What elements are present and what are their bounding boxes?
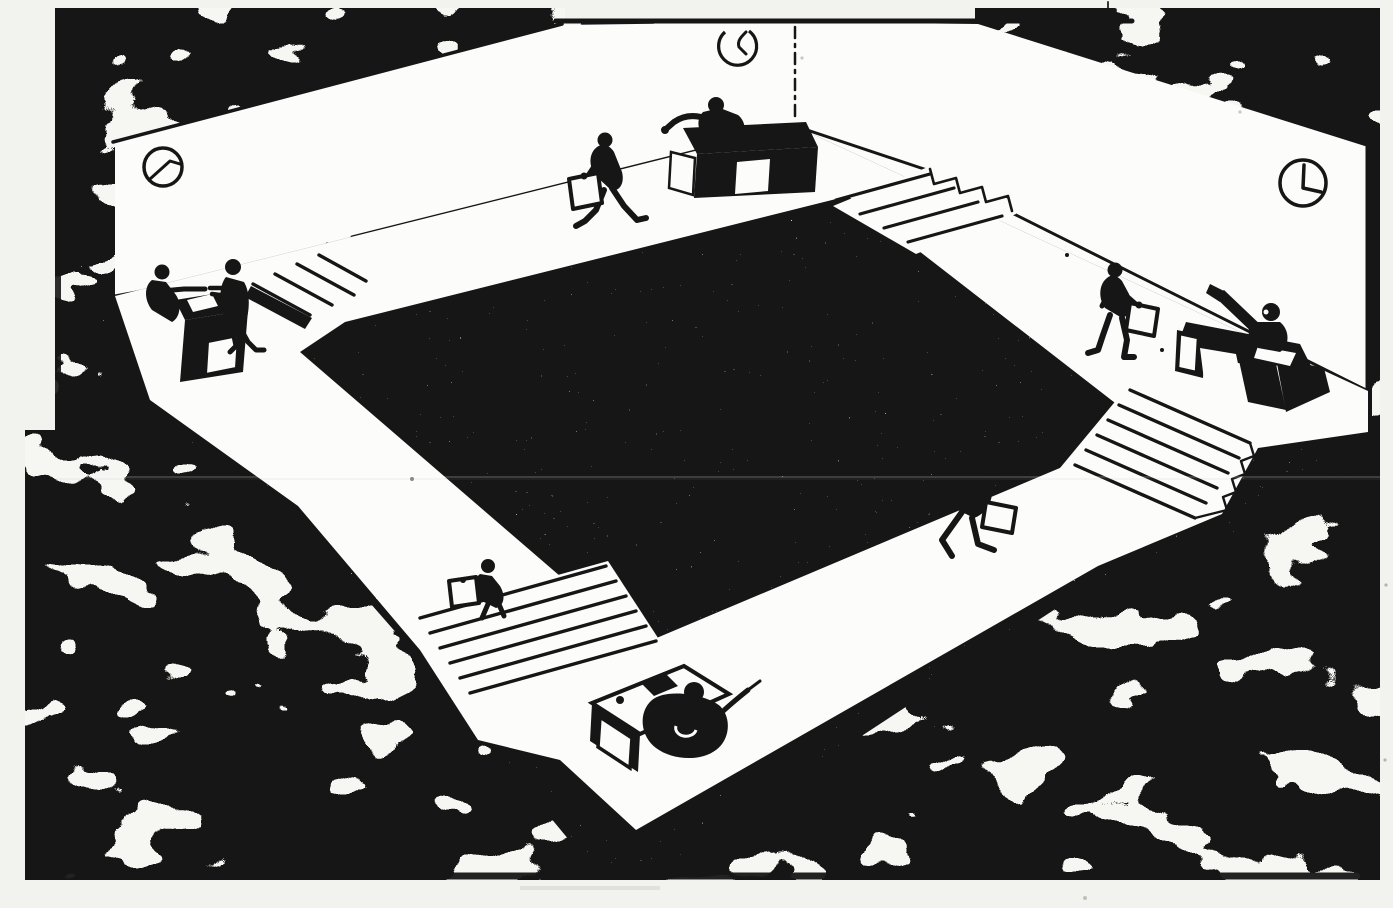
desk-pedestal-white-face <box>669 152 695 195</box>
clerk-hand <box>661 126 669 134</box>
visitor-head <box>225 259 241 275</box>
briefcase-handle <box>581 173 588 180</box>
ink-dot-1 <box>1065 253 1069 257</box>
clerk-head <box>684 682 704 702</box>
clerk-face-highlight <box>1264 310 1269 315</box>
clock-right-wall <box>1280 160 1326 206</box>
ink-dot-3 <box>410 477 414 481</box>
desk-inkwell <box>616 696 624 704</box>
clock-face <box>719 31 757 65</box>
bottom-margin-smudge <box>520 886 660 890</box>
wall-speck-2 <box>1238 110 1241 113</box>
desk-kneehole <box>735 159 770 194</box>
briefcase-handle <box>460 577 466 583</box>
margin-mark-1 <box>1384 583 1387 586</box>
briefcase <box>982 502 1016 533</box>
illustration-endless-bureaucracy <box>0 0 1393 908</box>
ink-dot-2 <box>1160 348 1164 352</box>
walker-head <box>1108 263 1123 278</box>
clock-top-wall <box>719 31 757 65</box>
desk-pedestal-white-face <box>1178 334 1198 372</box>
bottom-margin-dot <box>1083 896 1087 900</box>
clock-left-wall <box>144 148 182 186</box>
margin-mark-2 <box>1383 758 1386 761</box>
walker-head <box>481 559 495 573</box>
briefcase <box>1126 303 1158 336</box>
clerk-head <box>155 265 170 280</box>
clerk-arm <box>162 289 205 291</box>
briefcase-handle <box>1136 302 1143 309</box>
wall-speck-1 <box>800 56 803 59</box>
